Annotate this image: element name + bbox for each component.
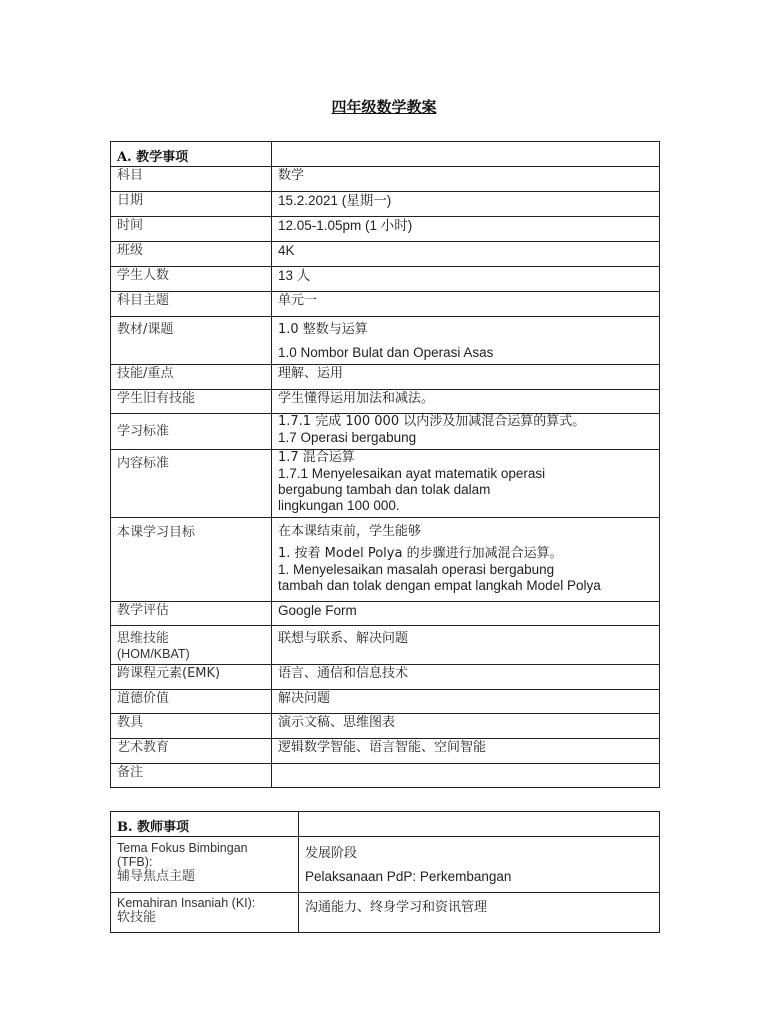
row-label-learning-standard: 学习标准: [111, 414, 272, 450]
row-label-content-standard: 内容标准: [111, 450, 272, 518]
section-b-header: B. 教师事项: [111, 812, 299, 837]
row-value-content-standard: 1.7 混合运算 1.7.1 Menyelesaikan ayat matema…: [272, 450, 660, 518]
row-label-time: 时间: [111, 217, 272, 242]
guidance-theme-value-1: 发展阶段: [305, 845, 653, 862]
row-label-arts-education: 艺术教育: [111, 739, 272, 764]
table-row: Tema Fokus Bimbingan (TFB): 辅导焦点主题 发展阶段 …: [111, 837, 660, 893]
row-label-student-count: 学生人数: [111, 267, 272, 292]
row-label-topic: 科目主题: [111, 292, 272, 317]
row-value-objectives: 在本课结束前，学生能够 1. 按着 Model Polya 的步骤进行加减混合运…: [272, 518, 660, 602]
content-standard-line-1: 1.7 混合运算: [278, 450, 653, 466]
material-line-1: 1.0 整数与运算: [278, 321, 653, 338]
row-label-thinking-skill: 思维技能 (HOM/KBAT): [111, 626, 272, 665]
objectives-item-2: 1. Menyelesaikan masalah operasi bergabu…: [278, 562, 653, 578]
row-value-student-count: 13 人: [272, 267, 660, 292]
guidance-theme-label-2: (TFB):: [117, 855, 292, 869]
row-label-objectives: 本课学习目标: [111, 518, 272, 602]
row-value-thinking-skill: 联想与联系、解决问题: [272, 626, 660, 665]
table-row: 时间 12.05-1.05pm (1 小时): [111, 217, 660, 242]
row-label-material: 教材/课题: [111, 317, 272, 365]
objectives-item-2-cont: tambah dan tolak dengan empat langkah Mo…: [278, 578, 653, 594]
learning-standard-line-1: 1.7.1 完成 100 000 以内涉及加减混合运算的算式。: [278, 414, 653, 430]
row-label-remarks: 备注: [111, 764, 272, 788]
row-value-learning-standard: 1.7.1 完成 100 000 以内涉及加减混合运算的算式。 1.7 Oper…: [272, 414, 660, 450]
guidance-theme-label-1: Tema Fokus Bimbingan: [117, 841, 292, 855]
table-row: 本课学习目标 在本课结束前，学生能够 1. 按着 Model Polya 的步骤…: [111, 518, 660, 602]
table-row: 科目 数学: [111, 167, 660, 192]
document-title: 四年级数学教案: [0, 96, 768, 117]
section-a-table: A. 教学事项 科目 数学 日期 15.2.2021 (星期一) 时间 12.0…: [110, 141, 660, 788]
row-label-teaching-aids: 教具: [111, 714, 272, 739]
content-standard-line-2: 1.7.1 Menyelesaikan ayat matematik opera…: [278, 466, 653, 482]
row-label-subject: 科目: [111, 167, 272, 192]
table-row: 日期 15.2.2021 (星期一): [111, 192, 660, 217]
row-value-time: 12.05-1.05pm (1 小时): [272, 217, 660, 242]
section-b-header-empty: [299, 812, 660, 837]
soft-skills-label-2: 软技能: [117, 910, 292, 926]
learning-standard-line-2: 1.7 Operasi bergabung: [278, 430, 653, 446]
table-row: 艺术教育 逻辑数学智能、语言智能、空间智能: [111, 739, 660, 764]
content-standard-line-4: lingkungan 100 000.: [278, 498, 653, 514]
row-value-moral-value: 解决问题: [272, 690, 660, 714]
soft-skills-label-1: Kemahiran Insaniah (KI):: [117, 896, 292, 910]
table-row: Kemahiran Insaniah (KI): 软技能 沟通能力、终身学习和资…: [111, 893, 660, 933]
row-value-class: 4K: [272, 242, 660, 267]
row-label-class: 班级: [111, 242, 272, 267]
table-row: 教材/课题 1.0 整数与运算 1.0 Nombor Bulat dan Ope…: [111, 317, 660, 365]
table-row: 道德价值 解决问题: [111, 690, 660, 714]
section-b-table: B. 教师事项 Tema Fokus Bimbingan (TFB): 辅导焦点…: [110, 811, 660, 933]
section-b-header-row: B. 教师事项: [111, 812, 660, 837]
table-row: 内容标准 1.7 混合运算 1.7.1 Menyelesaikan ayat m…: [111, 450, 660, 518]
row-value-prior-skill: 学生懂得运用加法和减法。: [272, 390, 660, 414]
row-label-skill-focus: 技能/重点: [111, 365, 272, 390]
row-label-soft-skills: Kemahiran Insaniah (KI): 软技能: [111, 893, 299, 933]
table-row: 班级 4K: [111, 242, 660, 267]
thinking-skill-label-sub: (HOM/KBAT): [117, 647, 265, 661]
section-a-header-empty: [272, 142, 660, 167]
row-value-assessment: Google Form: [272, 602, 660, 626]
row-value-date: 15.2.2021 (星期一): [272, 192, 660, 217]
table-row: 教学评估 Google Form: [111, 602, 660, 626]
thinking-skill-label: 思维技能: [117, 630, 265, 647]
row-label-prior-skill: 学生旧有技能: [111, 390, 272, 414]
section-a-header-row: A. 教学事项: [111, 142, 660, 167]
objectives-item-1: 1. 按着 Model Polya 的步骤进行加减混合运算。: [278, 546, 653, 562]
row-value-teaching-aids: 演示文稿、思维图表: [272, 714, 660, 739]
row-value-guidance-theme: 发展阶段 Pelaksanaan PdP: Perkembangan: [299, 837, 660, 893]
table-row: 思维技能 (HOM/KBAT) 联想与联系、解决问题: [111, 626, 660, 665]
row-value-cross-curricular: 语言、通信和信息技术: [272, 665, 660, 690]
material-line-2: 1.0 Nombor Bulat dan Operasi Asas: [278, 344, 653, 361]
row-label-cross-curricular: 跨课程元素(EMK): [111, 665, 272, 690]
table-row: 教具 演示文稿、思维图表: [111, 714, 660, 739]
row-value-soft-skills: 沟通能力、终身学习和资讯管理: [299, 893, 660, 933]
guidance-theme-label-3: 辅导焦点主题: [117, 869, 292, 885]
objectives-intro: 在本课结束前，学生能够: [278, 524, 653, 540]
table-row: 科目主题 单元一: [111, 292, 660, 317]
table-row: 备注: [111, 764, 660, 788]
row-label-assessment: 教学评估: [111, 602, 272, 626]
row-label-moral-value: 道德价值: [111, 690, 272, 714]
row-value-topic: 单元一: [272, 292, 660, 317]
row-value-skill-focus: 理解、运用: [272, 365, 660, 390]
table-row: 技能/重点 理解、运用: [111, 365, 660, 390]
row-value-subject: 数学: [272, 167, 660, 192]
row-label-date: 日期: [111, 192, 272, 217]
section-a-header: A. 教学事项: [111, 142, 272, 167]
table-row: 学生人数 13 人: [111, 267, 660, 292]
row-value-remarks: [272, 764, 660, 788]
row-value-arts-education: 逻辑数学智能、语言智能、空间智能: [272, 739, 660, 764]
row-label-guidance-theme: Tema Fokus Bimbingan (TFB): 辅导焦点主题: [111, 837, 299, 893]
table-row: 学生旧有技能 学生懂得运用加法和减法。: [111, 390, 660, 414]
row-value-material: 1.0 整数与运算 1.0 Nombor Bulat dan Operasi A…: [272, 317, 660, 365]
guidance-theme-value-2: Pelaksanaan PdP: Perkembangan: [305, 868, 653, 885]
table-row: 学习标准 1.7.1 完成 100 000 以内涉及加减混合运算的算式。 1.7…: [111, 414, 660, 450]
content-standard-line-3: bergabung tambah dan tolak dalam: [278, 482, 653, 498]
table-row: 跨课程元素(EMK) 语言、通信和信息技术: [111, 665, 660, 690]
